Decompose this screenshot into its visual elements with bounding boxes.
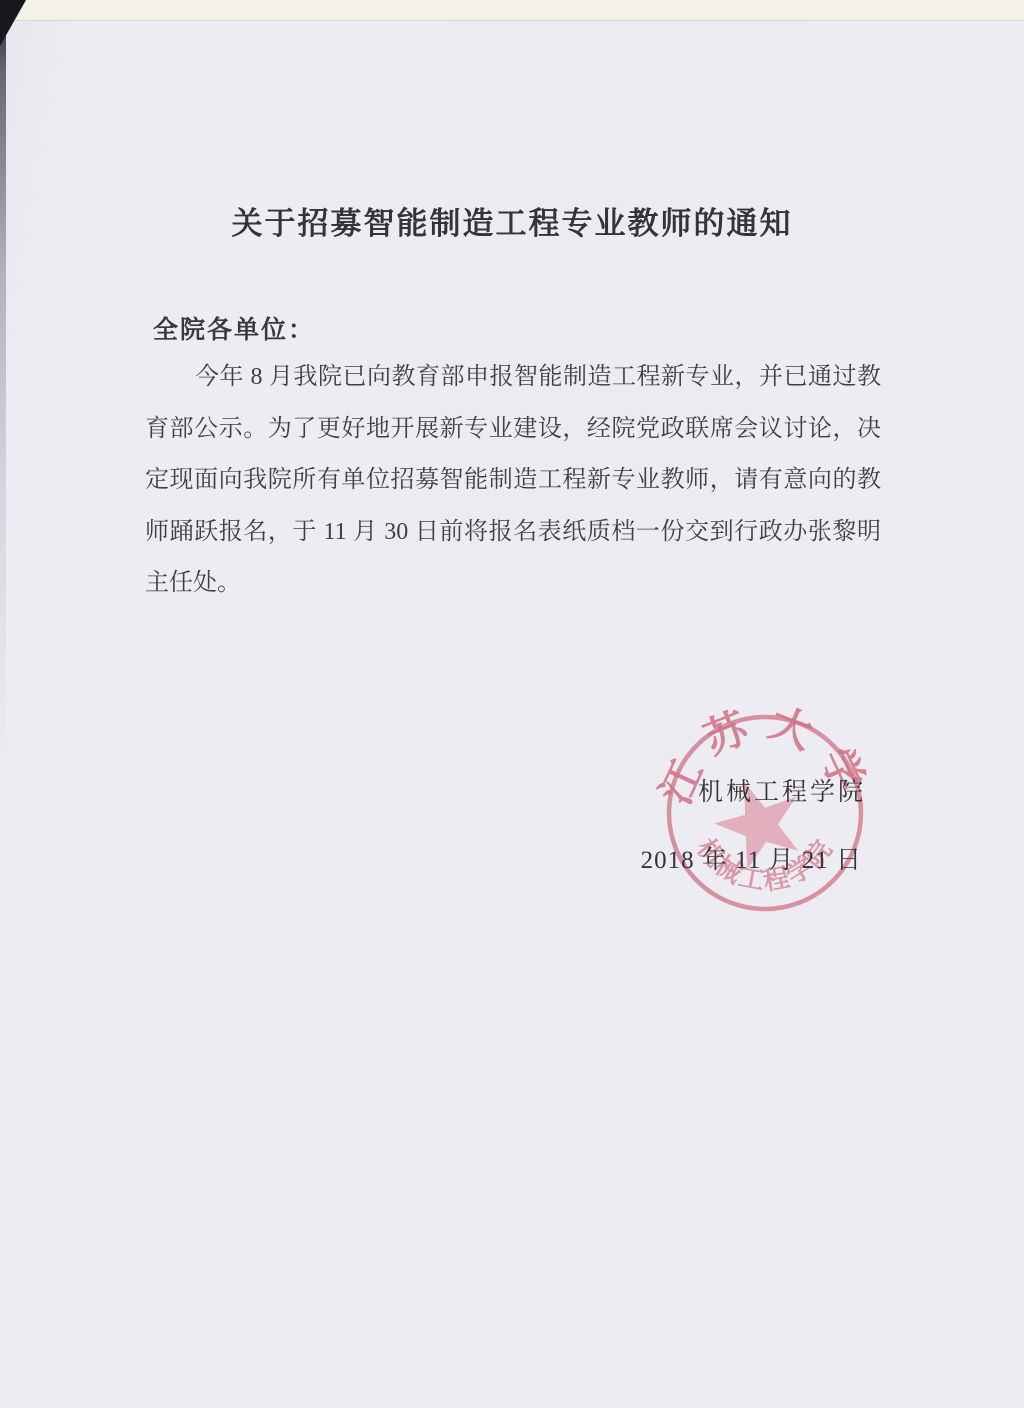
- body-paragraph: 今年 8 月我院已向教育部申报智能制造工程新专业，并已通过教 育部公示。为了更好…: [145, 352, 881, 610]
- salutation: 全院各单位：: [153, 310, 315, 346]
- signature-name: 机械工程学院: [641, 772, 868, 808]
- body-line: 师踊跃报名，于 11 月 30 日前将报名表纸质档一份交到行政办张黎明: [145, 507, 881, 559]
- signature-date: 2018 年 11 月 21 日: [641, 840, 868, 876]
- scanned-notice-page: { "document": { "title": "关于招募智能制造工程专业教师…: [0, 0, 1024, 1408]
- body-line: 育部公示。为了更好地开展新专业建设，经院党政联席会议讨论，决: [145, 404, 881, 456]
- document-title: 关于招募智能制造工程专业教师的通知: [120, 198, 904, 243]
- body-line: 主任处。: [145, 558, 881, 610]
- body-line: 今年 8 月我院已向教育部申报智能制造工程新专业，并已通过教: [145, 352, 881, 404]
- scan-left-edge-shadow: [0, 0, 6, 900]
- scanner-background-strip: [0, 0, 1024, 20]
- body-line: 定现面向我院所有单位招募智能制造工程新专业教师，请有意向的教: [145, 455, 881, 507]
- signature-block: 机械工程学院 2018 年 11 月 21 日: [641, 772, 868, 876]
